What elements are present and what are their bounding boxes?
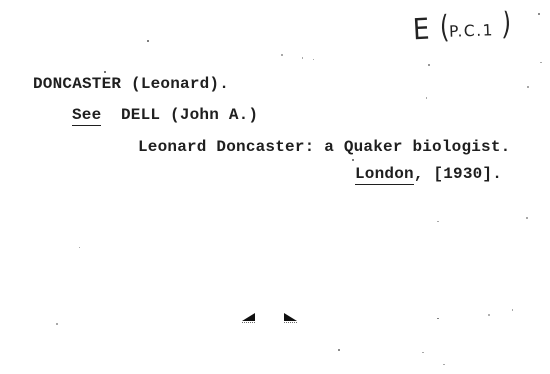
annotation-code: P.C.1 bbox=[449, 21, 495, 41]
see-reference-line: See DELL (John A.) bbox=[72, 106, 258, 124]
scan-speck bbox=[437, 318, 439, 319]
punch-fringe-right bbox=[284, 322, 297, 323]
scan-speck bbox=[443, 364, 445, 365]
see-target: DELL (John A.) bbox=[101, 106, 258, 124]
scan-speck bbox=[104, 71, 106, 73]
scan-speck bbox=[313, 59, 314, 60]
scan-speck bbox=[147, 40, 149, 42]
catalog-card: E ( P.C.1 ) DONCASTER (Leonard). See DEL… bbox=[0, 0, 550, 374]
scan-speck bbox=[281, 54, 283, 56]
scan-speck bbox=[527, 86, 529, 88]
scan-speck bbox=[338, 349, 340, 351]
scan-speck bbox=[302, 57, 303, 59]
scan-speck bbox=[538, 13, 540, 15]
scan-speck bbox=[352, 159, 354, 161]
annotation-letter: E bbox=[412, 12, 429, 47]
scan-speck bbox=[488, 314, 490, 316]
scan-speck bbox=[56, 323, 58, 325]
punch-fringe-left bbox=[242, 322, 255, 323]
imprint-date: , [1930]. bbox=[414, 165, 502, 183]
scan-speck bbox=[540, 62, 542, 63]
punch-hole-mark-right bbox=[284, 313, 297, 321]
scan-speck bbox=[79, 247, 80, 248]
annotation-close-paren: ) bbox=[501, 7, 512, 43]
scan-speck bbox=[437, 221, 439, 222]
scan-speck bbox=[422, 352, 424, 353]
scan-speck bbox=[426, 97, 427, 99]
imprint-place: London bbox=[355, 165, 414, 185]
entry-heading: DONCASTER (Leonard). bbox=[33, 75, 229, 93]
see-label: See bbox=[72, 106, 101, 126]
scan-speck bbox=[428, 64, 430, 66]
entry-title: Leonard Doncaster: a Quaker biologist. bbox=[138, 138, 510, 156]
shelfmark-annotation: E ( P.C.1 ) bbox=[400, 6, 535, 58]
punch-hole-mark-left bbox=[242, 313, 255, 321]
scan-speck bbox=[512, 309, 513, 311]
scan-speck bbox=[526, 217, 528, 219]
imprint-line: London, [1930]. bbox=[355, 165, 502, 183]
